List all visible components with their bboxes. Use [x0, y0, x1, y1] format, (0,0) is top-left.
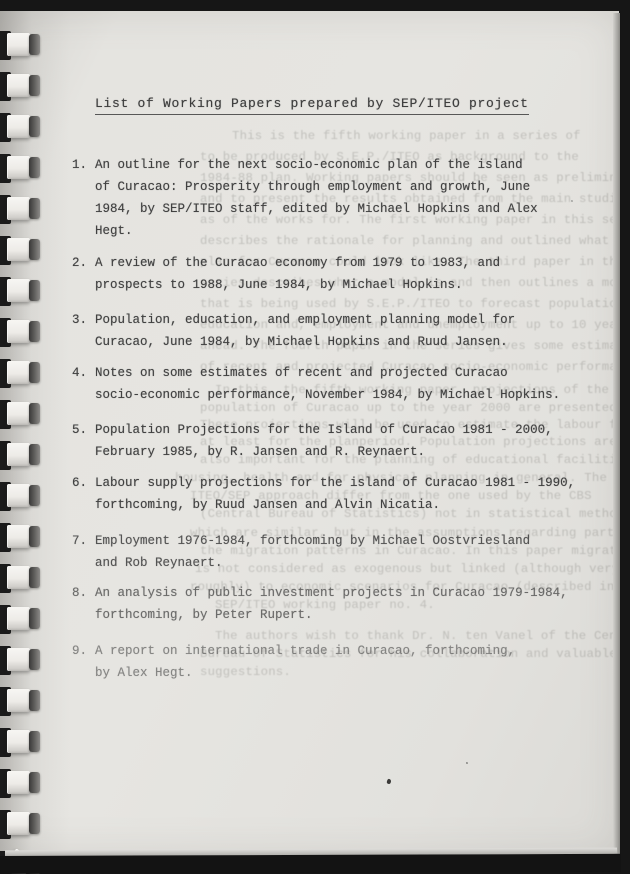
- binding-comb-tooth: [7, 525, 30, 548]
- binding-comb-tooth: [7, 607, 30, 630]
- binding-ring: [0, 115, 46, 141]
- scan-speck: [571, 200, 573, 202]
- item-number: 3.: [72, 309, 87, 331]
- binding-ring: [0, 484, 46, 510]
- item-number: 1.: [72, 154, 87, 176]
- binding-hole-shadow: [29, 731, 40, 752]
- binding-ring: [0, 525, 46, 551]
- binding-hole-shadow: [29, 772, 40, 793]
- item-number: 8.: [72, 582, 87, 604]
- binding-comb-tooth: [7, 197, 30, 220]
- binding-ring: [0, 689, 46, 715]
- item-number: 2.: [72, 252, 87, 274]
- working-paper-item: 1.An outline for the next socio-economic…: [72, 154, 538, 242]
- item-text: Notes on some estimates of recent and pr…: [95, 362, 560, 406]
- item-text-line: A review of the Curacao economy from 197…: [95, 252, 500, 274]
- binding-comb-tooth: [7, 33, 30, 56]
- binding-comb-tooth: [7, 648, 30, 671]
- binding-ring: [0, 156, 46, 182]
- item-text-line: Notes on some estimates of recent and pr…: [95, 362, 560, 384]
- item-text-line: Labour supply projections for the island…: [95, 472, 575, 494]
- binding-comb-tooth: [7, 566, 30, 589]
- binding-comb-tooth: [7, 361, 30, 384]
- page-title: List of Working Papers prepared by SEP/I…: [95, 96, 529, 115]
- item-text-line: An analysis of public investment project…: [95, 582, 568, 604]
- binding-hole-shadow: [29, 362, 40, 383]
- binding-hole-shadow: [29, 403, 40, 424]
- item-text: Population, education, and employment pl…: [95, 309, 515, 353]
- item-text: An outline for the next socio-economic p…: [95, 154, 538, 242]
- binding-hole-shadow: [29, 813, 40, 834]
- binding-comb-tooth: [7, 730, 30, 753]
- binding-hole-shadow: [29, 280, 40, 301]
- item-text-line: Curacao, June 1984, by Michael Hopkins a…: [95, 331, 515, 353]
- page-edge-right: [621, 0, 630, 874]
- item-text-line: prospects to 1988, June 1984, by Michael…: [95, 274, 500, 296]
- binding-comb-tooth: [7, 771, 30, 794]
- page-stack-edge-right: [613, 13, 620, 855]
- binding-hole-shadow: [29, 75, 40, 96]
- binding-ring: [0, 771, 46, 797]
- binding-comb-tooth: [7, 484, 30, 507]
- binding-ring: [0, 648, 46, 674]
- item-text-line: Employment 1976-1984, forthcoming by Mic…: [95, 530, 530, 552]
- binding-hole-shadow: [29, 198, 40, 219]
- page-edge-bottom: [0, 854, 630, 874]
- binding-hole-shadow: [29, 157, 40, 178]
- binding-ring: [0, 74, 46, 100]
- binding-comb-tooth: [7, 156, 30, 179]
- binding-ring: [0, 279, 46, 305]
- binding-hole-shadow: [29, 608, 40, 629]
- binding-hole-shadow: [29, 567, 40, 588]
- item-text-line: A report on international trade in Curac…: [95, 640, 515, 662]
- binding-comb-tooth: [7, 238, 30, 261]
- working-paper-item: 8.An analysis of public investment proje…: [72, 582, 568, 626]
- binding-hole-shadow: [29, 444, 40, 465]
- scan-speck: [466, 762, 468, 764]
- working-paper-item: 6.Labour supply projections for the isla…: [72, 472, 575, 516]
- binding-hole-shadow: [29, 485, 40, 506]
- item-text-line: Hegt.: [95, 220, 538, 242]
- binding-ring: [0, 33, 46, 59]
- item-text: An analysis of public investment project…: [95, 582, 568, 626]
- item-text: Population Projections for the Island of…: [95, 419, 553, 463]
- item-text: Labour supply projections for the island…: [95, 472, 575, 516]
- working-paper-item: 2.A review of the Curacao economy from 1…: [72, 252, 500, 296]
- binding-ring: [0, 443, 46, 469]
- working-paper-item: 9.A report on international trade in Cur…: [72, 640, 515, 684]
- item-number: 7.: [72, 530, 87, 552]
- item-text-line: Population Projections for the Island of…: [95, 419, 553, 441]
- binding-comb-tooth: [7, 115, 30, 138]
- binding-comb-tooth: [7, 443, 30, 466]
- binding-ring: [0, 320, 46, 346]
- binding-ring: [0, 197, 46, 223]
- item-text: Employment 1976-1984, forthcoming by Mic…: [95, 530, 530, 574]
- binding-hole-shadow: [29, 34, 40, 55]
- working-paper-item: 7.Employment 1976-1984, forthcoming by M…: [72, 530, 530, 574]
- item-number: 5.: [72, 419, 87, 441]
- binding-comb-tooth: [7, 74, 30, 97]
- binding-hole-shadow: [29, 649, 40, 670]
- binding-ring: [0, 730, 46, 756]
- binding-ring: [0, 361, 46, 387]
- item-text-line: socio-economic performance, November 198…: [95, 384, 560, 406]
- binding-hole-shadow: [29, 690, 40, 711]
- binding-ring: [0, 238, 46, 264]
- binding-comb-tooth: [7, 320, 30, 343]
- item-text-line: by Alex Hegt.: [95, 662, 515, 684]
- item-number: 4.: [72, 362, 87, 384]
- item-text-line: February 1985, by R. Jansen and R. Reyna…: [95, 441, 553, 463]
- page-edge-top: [0, 0, 630, 11]
- scanned-page: This is the fifth working paper in a ser…: [0, 0, 630, 874]
- binding-comb-tooth: [7, 279, 30, 302]
- item-number: 9.: [72, 640, 87, 662]
- binding-hole-shadow: [29, 116, 40, 137]
- item-text-line: An outline for the next socio-economic p…: [95, 154, 538, 176]
- item-text-line: forthcoming, by Ruud Jansen and Alvin Ni…: [95, 494, 575, 516]
- binding-ring: [0, 812, 46, 838]
- item-text-line: of Curacao: Prosperity through employmen…: [95, 176, 538, 198]
- item-text: A report on international trade in Curac…: [95, 640, 515, 684]
- working-paper-item: 4.Notes on some estimates of recent and …: [72, 362, 560, 406]
- item-text-line: 1984, by SEP/ITEO staff, edited by Micha…: [95, 198, 538, 220]
- item-text-line: Population, education, and employment pl…: [95, 309, 515, 331]
- item-text-line: and Rob Reynaert.: [95, 552, 530, 574]
- binding-hole-shadow: [29, 526, 40, 547]
- binding-ring: [0, 607, 46, 633]
- working-paper-item: 5.Population Projections for the Island …: [72, 419, 553, 463]
- binding-hole-shadow: [29, 239, 40, 260]
- item-number: 6.: [72, 472, 87, 494]
- item-text: A review of the Curacao economy from 197…: [95, 252, 500, 296]
- binding-ring: [0, 402, 46, 428]
- working-paper-item: 3.Population, education, and employment …: [72, 309, 515, 353]
- item-text-line: forthcoming, by Peter Rupert.: [95, 604, 568, 626]
- binding-comb-tooth: [7, 402, 30, 425]
- binding-hole-shadow: [29, 321, 40, 342]
- binding-comb-tooth: [7, 812, 30, 835]
- bleed-through-text: This is the fifth working paper in a ser…: [232, 129, 581, 143]
- binding-comb-tooth: [7, 689, 30, 712]
- binding-ring: [0, 566, 46, 592]
